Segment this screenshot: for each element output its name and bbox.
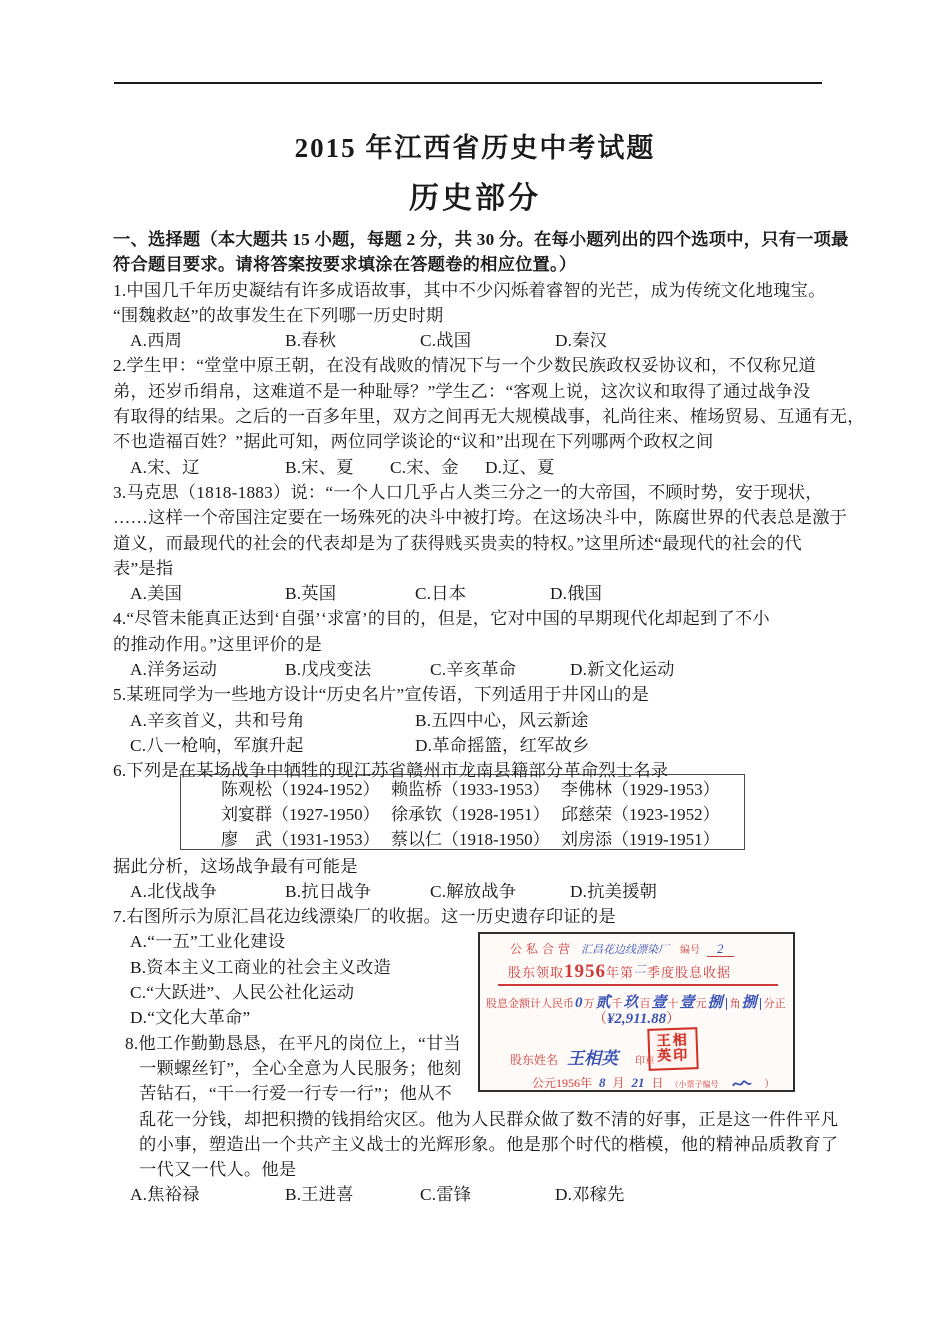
question-2-line: 2.学生甲：“堂堂中原王朝，在没有战败的情况下与一个少数民族政权妥协议和，不仅称… <box>113 353 843 378</box>
receipt-header-label: 公私合营 <box>510 942 574 956</box>
question-3-options-row: A.美国B.英国C.日本D.俄国 <box>113 581 843 606</box>
receipt-paren-close: ） <box>666 1012 680 1027</box>
red-seal-stamp: 王相英印 <box>647 1027 698 1071</box>
table-cell: 徐承钦（1928-1951） <box>391 800 561 825</box>
receipt-name-value: 王相英 <box>567 1049 618 1068</box>
table-cell: 邱慈荣（1923-1952） <box>561 800 744 825</box>
option-item: A.北伐战争 <box>130 879 285 904</box>
receipt-date-day: 21 <box>628 1075 649 1090</box>
question-2-line: 弟，还岁币绢帛，这难道不是一种耻辱？”学生乙：“客观上说，这次议和取得了通过战争… <box>113 379 843 404</box>
option-item: D.革命摇篮，红军故乡 <box>415 733 590 758</box>
table-cell: 赖监桥（1933-1953） <box>391 775 561 800</box>
receipt-title-prefix: 股东领取 <box>508 965 564 980</box>
receipt-title-suffix: 季度股息收据 <box>647 965 731 980</box>
receipt-number-value: 2 <box>707 941 734 957</box>
question-7-line: 7.右图所示为原汇昌花边线漂染厂的收据。这一历史遗存印证的是 <box>113 904 843 929</box>
option-item: A.辛亥首义，共和号角 <box>130 708 415 733</box>
option-item: C.雷锋 <box>420 1182 555 1207</box>
receipt-factory-handwriting: 汇昌花边线漂染厂 <box>581 944 669 956</box>
option-item: D.邓稼先 <box>555 1182 625 1207</box>
option-item: C.宋、金 <box>390 455 485 480</box>
receipt-date-note: （小票子编号 <box>671 1080 719 1089</box>
table-cell: 蔡以仁（1918-1950） <box>391 825 561 850</box>
receipt-date-prefix: 公元1956年 <box>532 1076 592 1090</box>
option-item: D.抗美援朝 <box>570 879 657 904</box>
question-1-options-row: A.西周B.春秋C.战国D.秦汉 <box>113 328 843 353</box>
receipt-date-day-label: 日 <box>652 1076 664 1090</box>
option-item: C.解放战争 <box>430 879 570 904</box>
question-1-line: “围魏救赵”的故事发生在下列哪一历史时期 <box>113 303 843 328</box>
question-8-line: 乱花一分钱，却把积攒的钱捐给灾区。他为人民群众做了数不清的好事，正是这一件件平凡 <box>113 1107 843 1132</box>
receipt-date-month: 8 <box>595 1075 610 1090</box>
option-item: A.西周 <box>130 328 285 353</box>
table-cell: 李佛林（1929-1953） <box>561 775 744 800</box>
option-item: C.八一枪响，军旗升起 <box>130 733 415 758</box>
option-item: A.宋、辽 <box>130 455 285 480</box>
question-1-line: 1.中国几千年历史凝结有许多成语故事，其中不少闪烁着睿智的光芒，成为传统文化地瑰… <box>113 278 843 303</box>
option-item: D.辽、夏 <box>485 455 555 480</box>
receipt-amount-figures-row: （¥2,911.88） <box>480 1008 793 1028</box>
receipt-image: 公私合营 汇昌花边线漂染厂 编号 2 股东领取1956年第二季度股息收据 股息金… <box>478 932 795 1092</box>
question-8-line: 一代又一代人。他是 <box>113 1157 843 1182</box>
handwritten-scribble-icon <box>732 1078 752 1090</box>
option-item: A.美国 <box>130 581 285 606</box>
question-5-line: 5.某班同学为一些地方设计“历史名片”宣传语，下列适用于井冈山的是 <box>113 682 843 707</box>
option-item: B.英国 <box>285 581 415 606</box>
question-8-options-row: A.焦裕禄B.王进喜C.雷锋D.邓稼先 <box>113 1182 843 1207</box>
question-6-options-row: A.北伐战争B.抗日战争C.解放战争D.抗美援朝 <box>113 879 843 904</box>
section-header-line: 一、选择题（本大题共 15 小题，每题 2 分，共 30 分。在每小题列出的四个… <box>113 227 843 252</box>
option-item: A.洋务运动 <box>130 657 285 682</box>
option-item: B.戊戌变法 <box>285 657 430 682</box>
option-item: B.王进喜 <box>285 1182 420 1207</box>
option-item: B.宋、夏 <box>285 455 390 480</box>
option-item: D.新文化运动 <box>570 657 675 682</box>
question-3-line: 表”是指 <box>113 556 843 581</box>
question-5-options-row: A.辛亥首义，共和号角B.五四中心，风云新途 <box>113 708 843 733</box>
option-item: B.春秋 <box>285 328 420 353</box>
receipt-year: 1956 <box>564 961 606 982</box>
option-item: C.日本 <box>415 581 550 606</box>
table-cell: 刘宴群（1927-1950） <box>221 800 391 825</box>
option-item: C.辛亥革命 <box>430 657 570 682</box>
receipt-date-close: ） <box>765 1079 775 1090</box>
question-3-line: 3.马克思（1818-1883）说：“一个人口几乎占人类三分之一的大帝国，不顾时… <box>113 480 843 505</box>
question-2-line: 不也造福百姓？”据此可知，两位同学谈论的“议和”出现在下列哪两个政权之间 <box>113 429 843 454</box>
receipt-paren-open: （ <box>593 1012 607 1027</box>
page-subtitle: 历史部分 <box>0 173 950 217</box>
option-item: C.战国 <box>420 328 555 353</box>
receipt-date-month-label: 月 <box>613 1076 625 1090</box>
receipt-name-row: 股东姓名 王相英 印章 <box>510 1044 655 1069</box>
option-item: A.焦裕禄 <box>130 1182 285 1207</box>
receipt-title-underline <box>498 984 778 986</box>
question-4-line: 的推动作用。”这里评价的是 <box>113 632 843 657</box>
receipt-quarter-handwriting: 二 <box>634 962 647 976</box>
header-rule <box>114 82 822 84</box>
question-5-options-row: C.八一枪响，军旗升起D.革命摇篮，红军故乡 <box>113 733 843 758</box>
red-seal-text: 王相英印 <box>655 1033 690 1064</box>
question-8-line: 的小事，塑造出一个共产主义战士的光辉形象。他是那个时代的楷模，他的精神品质教育了 <box>113 1132 843 1157</box>
option-item: B.抗日战争 <box>285 879 430 904</box>
page-title: 2015 年江西省历史中考试题 <box>0 126 950 165</box>
receipt-title-mid: 年第 <box>606 965 634 980</box>
exam-page: 2015 年江西省历史中考试题 历史部分 一、选择题（本大题共 15 小题，每题… <box>0 0 950 1344</box>
question-4-line: 4.“尽管未能真正达到‘自强’‘求富’的目的，但是，它对中国的早期现代化却起到了… <box>113 606 843 631</box>
receipt-date-row: 公元1956年 8 月 21 日 （小票子编号 ） <box>532 1074 775 1091</box>
option-item: B.五四中心，风云新途 <box>415 708 589 733</box>
question-2-line: 有取得的结果。之后的一百多年里，双方之间再无大规模战事，礼尚往来、榷场贸易、互通… <box>113 404 843 429</box>
receipt-title-row: 股东领取1956年第二季度股息收据 <box>508 961 731 983</box>
martyrs-table: 陈观松（1924-1952）赖监桥（1933-1953）李佛林（1929-195… <box>180 774 745 850</box>
table-cell: 陈观松（1924-1952） <box>221 775 391 800</box>
question-2-options-row: A.宋、辽B.宋、夏C.宋、金D.辽、夏 <box>113 455 843 480</box>
receipt-name-label: 股东姓名 <box>510 1053 558 1067</box>
table-row: 刘宴群（1927-1950）徐承钦（1928-1951）邱慈荣（1923-195… <box>221 800 744 825</box>
question-6-analysis-line: 据此分析，这场战争最有可能是 <box>113 854 843 879</box>
receipt-number-label: 编号 <box>680 945 700 956</box>
option-item: D.秦汉 <box>555 328 607 353</box>
question-3-line: ……这样一个帝国注定要在一场殊死的决斗中被打垮。在这场决斗中，陈腐世界的代表总是… <box>113 505 843 530</box>
table-row: 陈观松（1924-1952）赖监桥（1933-1953）李佛林（1929-195… <box>221 775 744 800</box>
option-item: D.俄国 <box>550 581 602 606</box>
receipt-header-row: 公私合营 汇昌花边线漂染厂 编号 2 <box>510 940 734 957</box>
table-row: 廖 武（1931-1953）蔡以仁（1918-1950）刘房添（1919-195… <box>221 825 744 850</box>
question-4-options-row: A.洋务运动B.戊戌变法C.辛亥革命D.新文化运动 <box>113 657 843 682</box>
section-header-line: 符合题目要求。请将答案按要求填涂在答题卷的相应位置。） <box>113 252 843 277</box>
table-cell: 刘房添（1919-1951） <box>561 825 744 850</box>
table-cell: 廖 武（1931-1953） <box>221 825 391 850</box>
question-3-line: 道义，而最现代的社会的代表却是为了获得贱买贵卖的特权。”这里所述“最现代的社会的… <box>113 531 843 556</box>
receipt-amount-figures: ¥2,911.88 <box>607 1011 666 1027</box>
